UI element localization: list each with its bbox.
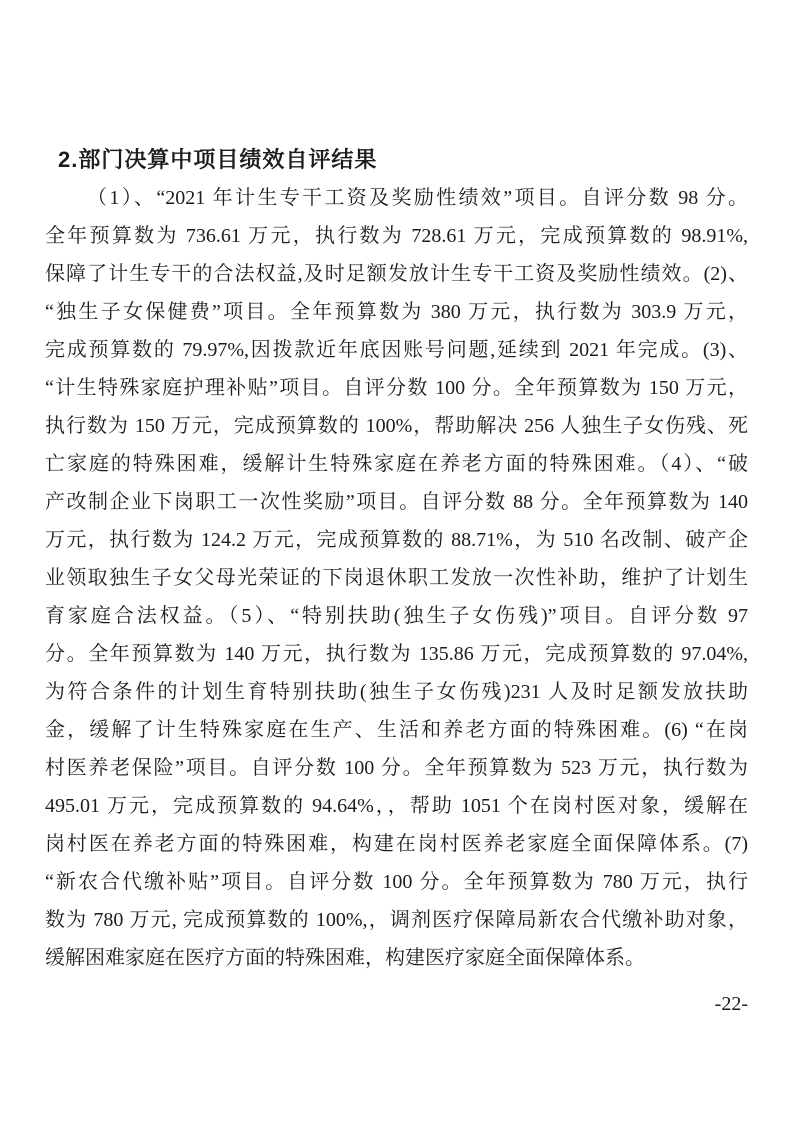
paragraph-line: 缓解困难家庭在医疗方面的特殊困难，构建医疗家庭全面保障体系。 bbox=[45, 939, 748, 977]
paragraph-line: 完成预算数的 79.97%,因拨款近年底因账号问题,延续到 2021 年完成。(… bbox=[45, 331, 748, 369]
paragraph-line: 保障了计生专干的合法权益,及时足额发放计生专干工资及奖励性绩效。(2)、 bbox=[45, 255, 748, 293]
paragraph-line: “独生子女保健费”项目。全年预算数为 380 万元，执行数为 303.9 万元， bbox=[45, 293, 748, 331]
document-page: 2.部门决算中项目绩效自评结果 （1）、“2021 年计生专干工资及奖励性绩效”… bbox=[0, 0, 793, 1122]
paragraph-line: 495.01 万元，完成预算数的 94.64%，，帮助 1051 个在岗村医对象… bbox=[45, 787, 748, 825]
paragraph-line: 数为 780 万元, 完成预算数的 100%,，调剂医疗保障局新农合代缴补助对象… bbox=[45, 901, 748, 939]
paragraph-line: 亡家庭的特殊困难，缓解计生特殊家庭在养老方面的特殊困难。（4）、“破 bbox=[45, 445, 748, 483]
paragraph-line: 育家庭合法权益。（5）、“特别扶助(独生子女伤残)”项目。自评分数 97 bbox=[45, 597, 748, 635]
paragraph-line: （1）、“2021 年计生专干工资及奖励性绩效”项目。自评分数 98 分。 bbox=[45, 179, 748, 217]
paragraph-line: 业领取独生子女父母光荣证的下岗退休职工发放一次性补助，维护了计划生 bbox=[45, 559, 748, 597]
paragraph-line: 万元，执行数为 124.2 万元，完成预算数的 88.71%，为 510 名改制… bbox=[45, 521, 748, 559]
paragraph-line: “计生特殊家庭护理补贴”项目。自评分数 100 分。全年预算数为 150 万元， bbox=[45, 369, 748, 407]
paragraph-line: 全年预算数为 736.61 万元，执行数为 728.61 万元，完成预算数的 9… bbox=[45, 217, 748, 255]
page-number: -22- bbox=[715, 985, 748, 1023]
paragraph-line: 村医养老保险”项目。自评分数 100 分。全年预算数为 523 万元，执行数为 bbox=[45, 749, 748, 787]
paragraph-line: 岗村医在养老方面的特殊困难，构建在岗村医养老家庭全面保障体系。(7) bbox=[45, 825, 748, 863]
paragraph-line: 产改制企业下岗职工一次性奖励”项目。自评分数 88 分。全年预算数为 140 bbox=[45, 483, 748, 521]
section-heading: 2.部门决算中项目绩效自评结果 bbox=[45, 141, 748, 179]
paragraph-line: “新农合代缴补贴”项目。自评分数 100 分。全年预算数为 780 万元，执行 bbox=[45, 863, 748, 901]
paragraph-line: 为符合条件的计划生育特别扶助(独生子女伤残)231 人及时足额发放扶助 bbox=[45, 673, 748, 711]
paragraph-line: 金，缓解了计生特殊家庭在生产、生活和养老方面的特殊困难。(6) “在岗 bbox=[45, 711, 748, 749]
paragraph-line: 执行数为 150 万元，完成预算数的 100%，帮助解决 256 人独生子女伤残… bbox=[45, 407, 748, 445]
paragraph-line: 分。全年预算数为 140 万元，执行数为 135.86 万元，完成预算数的 97… bbox=[45, 635, 748, 673]
document-body: 2.部门决算中项目绩效自评结果 （1）、“2021 年计生专干工资及奖励性绩效”… bbox=[45, 141, 748, 977]
